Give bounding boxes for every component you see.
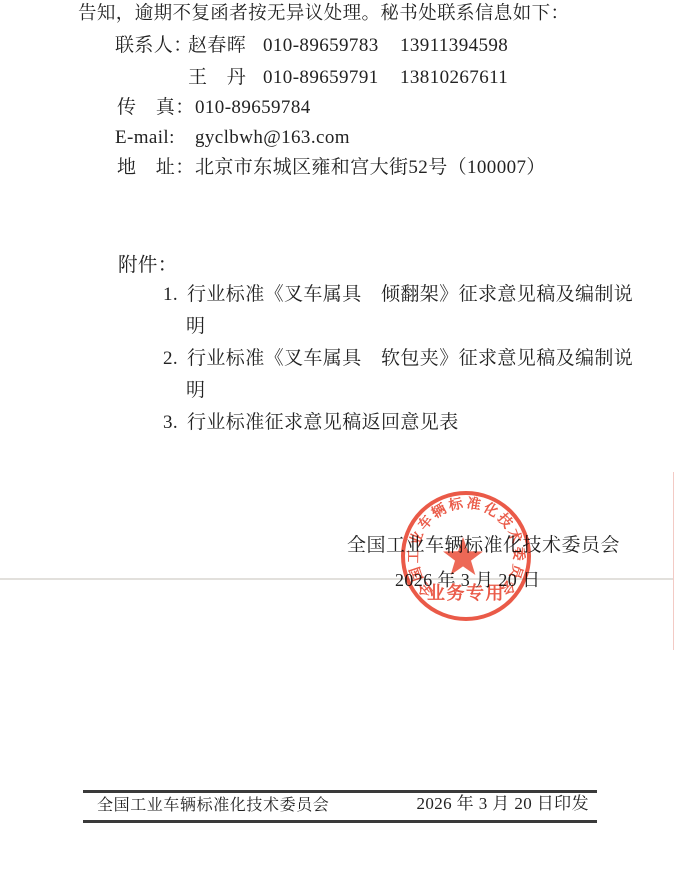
- attachment-item-number: 1.: [163, 285, 178, 306]
- official-seal: 全国工业车辆标准化技术委员会 业务专用: [386, 476, 546, 636]
- seal-bottom-text: 业务专用: [427, 582, 505, 603]
- document-page: 告知，逾期不复函者按无异议处理。秘书处联系信息如下： 联系人： 赵春晖 010-…: [0, 0, 678, 873]
- contact-mobile: 13911394598: [400, 36, 508, 57]
- address-label: 地 址：: [117, 158, 195, 179]
- contact-phone: 010-89659791: [263, 68, 379, 89]
- attachment-item-text: 行业标准征求意见稿返回意见表: [187, 413, 459, 434]
- attachment-item-number: 3.: [163, 413, 178, 434]
- attachment-item-text: 行业标准《叉车属具 倾翻架》征求意见稿及编制说: [187, 285, 633, 306]
- contact-phone: 010-89659783: [263, 36, 379, 57]
- scan-artifact-line-vertical: [673, 472, 675, 650]
- scan-artifact-line-horizontal: [0, 578, 673, 580]
- fax-label: 传 真：: [117, 98, 195, 119]
- footer-rule-bottom: [83, 820, 597, 823]
- intro-line: 告知，逾期不复函者按无异议处理。秘书处联系信息如下：: [78, 4, 569, 24]
- email-label: E-mail:: [115, 128, 175, 149]
- contact-name: 王 丹: [188, 68, 246, 89]
- contact-mobile: 13810267611: [400, 68, 508, 89]
- fax-value: 010-89659784: [195, 98, 311, 119]
- attachment-item-text: 行业标准《叉车属具 软包夹》征求意见稿及编制说: [187, 349, 633, 370]
- address-value: 北京市东城区雍和宫大街52号（100007）: [195, 158, 546, 179]
- footer-print-date: 2026 年 3 月 20 日印发: [416, 795, 589, 814]
- contact-name: 赵春晖: [188, 36, 246, 57]
- contact-label: 联系人：: [115, 36, 193, 57]
- attachment-item-continuation: 明: [186, 381, 205, 402]
- email-value: gyclbwh@163.com: [195, 128, 350, 149]
- footer-rule-top: [83, 790, 597, 793]
- attachment-item-number: 2.: [163, 349, 178, 370]
- star-icon: [443, 537, 483, 575]
- attachment-item-continuation: 明: [186, 317, 205, 338]
- attachments-heading: 附件：: [118, 255, 178, 276]
- footer-org: 全国工业车辆标准化技术委员会: [97, 797, 329, 815]
